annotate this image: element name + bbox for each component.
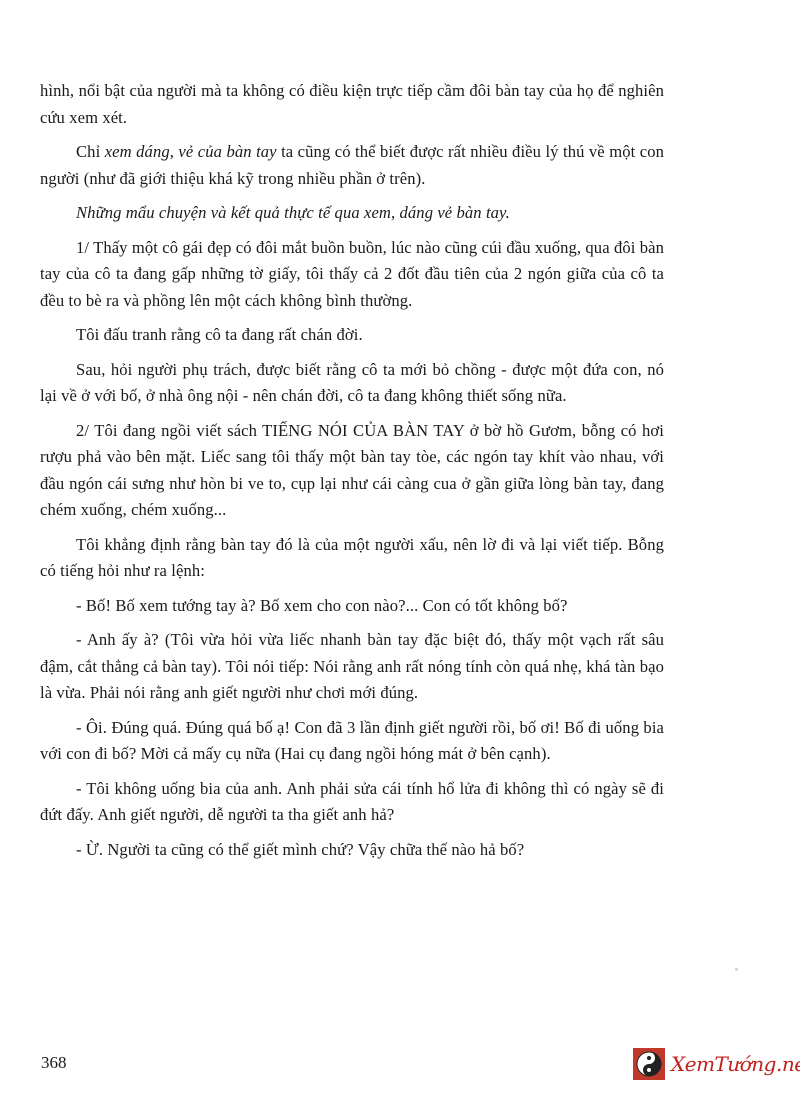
paragraph-story-1: 1/ Thấy một cô gái đẹp có đôi mắt buồn b… xyxy=(40,235,664,315)
dialogue-line: - Bố! Bố xem tướng tay à? Bố xem cho con… xyxy=(40,593,664,620)
paragraph-story-2: 2/ Tôi đang ngồi viết sách TIẾNG NÓI CỦA… xyxy=(40,418,664,524)
section-heading: Những mẩu chuyện và kết quả thực tế qua … xyxy=(40,200,664,227)
paragraph-continuation: hình, nổi bật của người mà ta không có đ… xyxy=(40,78,664,131)
book-page-body: hình, nổi bật của người mà ta không có đ… xyxy=(40,78,664,871)
dialogue-line: - Anh ấy à? (Tôi vừa hỏi vừa liếc nhanh … xyxy=(40,627,664,707)
page-number: 368 xyxy=(41,1053,67,1073)
yin-yang-icon xyxy=(633,1048,665,1080)
paragraph: Sau, hỏi người phụ trách, được biết rằng… xyxy=(40,357,664,410)
paragraph: Tôi đấu tranh rằng cô ta đang rất chán đ… xyxy=(40,322,664,349)
paragraph-prefix: Chỉ xyxy=(76,142,105,161)
scan-speck xyxy=(735,968,738,971)
dialogue-line: - Ôi. Đúng quá. Đúng quá bố ạ! Con đã 3 … xyxy=(40,715,664,768)
paragraph: Tôi khẳng định rằng bàn tay đó là của mộ… xyxy=(40,532,664,585)
paragraph-intro: Chỉ xem dáng, vẻ của bàn tay ta cũng có … xyxy=(40,139,664,192)
watermark-logo: XemTướng.net xyxy=(633,1048,800,1080)
dialogue-line: - Ừ. Người ta cũng có thể giết mình chứ?… xyxy=(40,837,664,864)
paragraph-emphasis: xem dáng, vẻ của bàn tay xyxy=(105,142,277,161)
watermark-text: XemTướng.net xyxy=(671,1052,800,1076)
dialogue-line: - Tôi không uống bia của anh. Anh phải s… xyxy=(40,776,664,829)
